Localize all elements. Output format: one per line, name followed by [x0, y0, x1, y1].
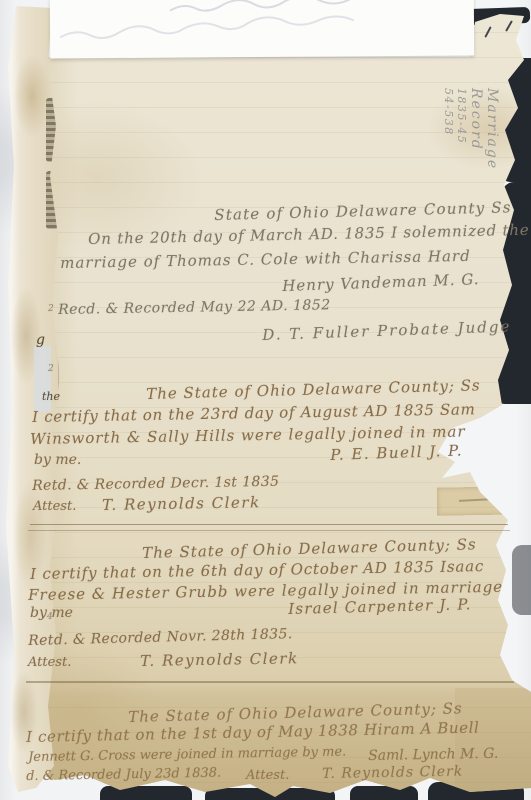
margin-note-title: Marriage Record — [468, 88, 500, 170]
page-corner-tape-stain — [455, 688, 531, 798]
torn-edge-backing — [350, 786, 418, 800]
tape-repair-patch — [437, 486, 519, 515]
page-bottom-staining — [18, 680, 531, 798]
torn-edge-backing — [100, 786, 192, 800]
entry-separator — [30, 524, 508, 525]
entry-separator — [28, 530, 510, 531]
tape-remnant-gray — [34, 346, 51, 412]
torn-edge-backing — [512, 545, 531, 615]
archival-margin-note: Marriage Record 1835-45 54-538 — [442, 88, 500, 170]
overlapping-blank-sheet — [50, 0, 474, 58]
scanned-document: Marriage Record 1835-45 54-538 State of … — [0, 0, 531, 800]
entry-separator — [26, 681, 514, 683]
margin-note-numbers: 1835-45 54-538 — [442, 88, 468, 170]
bleedthrough-writing — [50, 0, 474, 58]
